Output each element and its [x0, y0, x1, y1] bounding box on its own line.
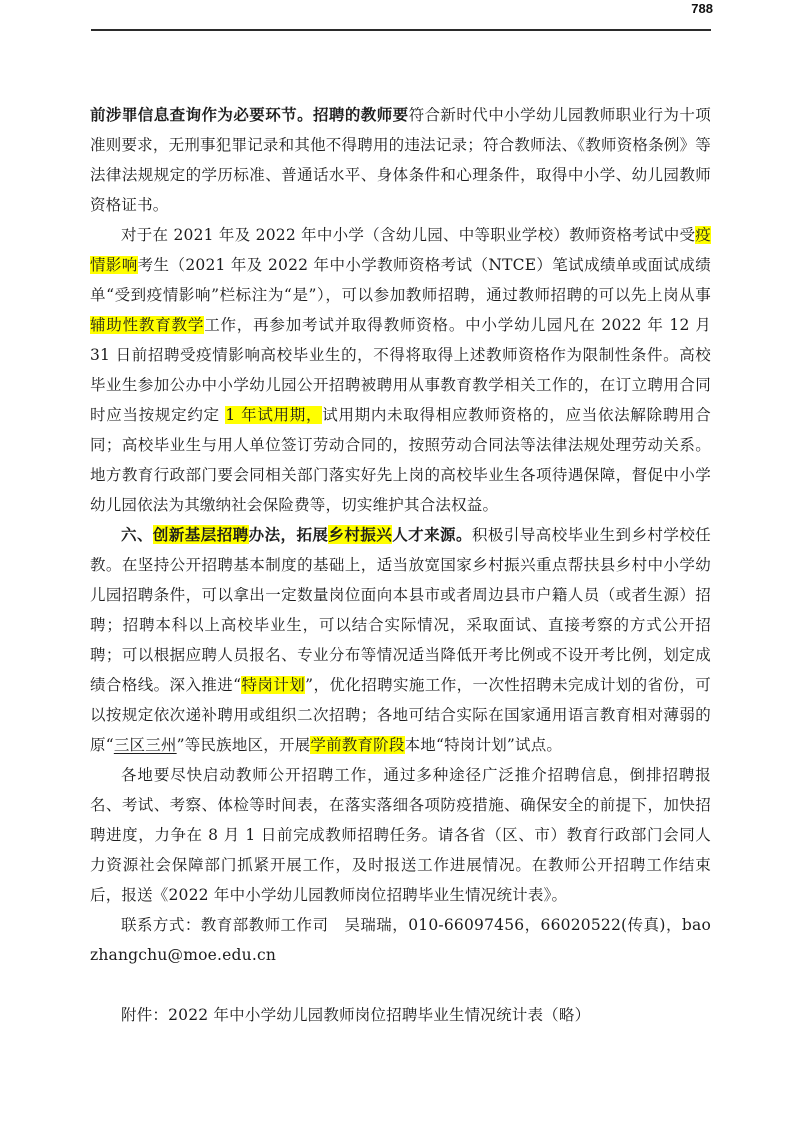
text-segment: 办法，拓展 — [249, 525, 329, 544]
paragraph-exam-affected: 对于在 2021 年及 2022 年中小学（含幼儿园、中等职业学校）教师资格考试… — [90, 220, 711, 520]
text-segment: 人才来源。 — [392, 525, 472, 544]
highlighted-text: 1 年试用期， — [225, 406, 322, 424]
highlighted-text: 创新基层招聘 — [153, 525, 249, 544]
paragraph-section-six: 六、创新基层招聘办法，拓展乡村振兴人才来源。积极引导高校毕业生到乡村学校任教。在… — [90, 520, 711, 760]
section-number: 六、 — [121, 525, 153, 544]
highlighted-text: 辅助性教育教学 — [90, 316, 204, 334]
text-segment: 对于在 2021 年及 2022 年中小学（含幼儿园、中等职业学校）教师资格考试… — [121, 226, 695, 244]
paragraph-continuation: 前涉罪信息查询作为必要环节。招聘的教师要符合新时代中小学幼儿园教师职业行为十项准… — [90, 100, 711, 220]
underlined-text: 三区三州 — [114, 736, 177, 754]
highlighted-text: 特岗计划 — [241, 676, 305, 694]
highlighted-text: 学前教育阶段 — [310, 736, 404, 754]
paragraph-urging: 各地要尽快启动教师公开招聘工作，通过多种途径广泛推介招聘信息，倒排招聘报名、考试… — [90, 760, 711, 910]
text-segment: ”等民族地区，开展 — [177, 736, 311, 754]
header-divider-line — [91, 29, 711, 31]
document-page: 788 前涉罪信息查询作为必要环节。招聘的教师要符合新时代中小学幼儿园教师职业行… — [0, 0, 793, 1122]
text-segment: 本地“特岗计划”试点。 — [405, 736, 563, 754]
paragraph-contact: 联系方式：教育部教师工作司 吴瑞瑞，010-66097456，66020522(… — [90, 910, 711, 970]
text-segment: 各地要尽快启动教师公开招聘工作，通过多种途径广泛推介招聘信息，倒排招聘报名、考试… — [90, 766, 711, 904]
highlighted-text: 乡村振兴 — [328, 525, 392, 544]
document-body: 前涉罪信息查询作为必要环节。招聘的教师要符合新时代中小学幼儿园教师职业行为十项准… — [90, 100, 711, 1030]
text-segment: 积极引导高校毕业生到乡村学校任教。在坚持公开招聘基本制度的基础上，适当放宽国家乡… — [90, 526, 711, 694]
text-segment: 前涉罪信息查询作为必要环节。招聘的教师要 — [90, 105, 409, 124]
text-segment: 附件：2022 年中小学幼儿园教师岗位招聘毕业生情况统计表（略） — [121, 1006, 590, 1024]
attachment-note: 附件：2022 年中小学幼儿园教师岗位招聘毕业生情况统计表（略） — [90, 1000, 711, 1030]
text-segment: 考生（2021 年及 2022 年中小学教师资格考试（NTCE）笔试成绩单或面试… — [90, 256, 711, 304]
page-number: 788 — [691, 1, 713, 16]
contact-info: 联系方式：教育部教师工作司 吴瑞瑞，010-66097456，66020522(… — [90, 916, 711, 964]
